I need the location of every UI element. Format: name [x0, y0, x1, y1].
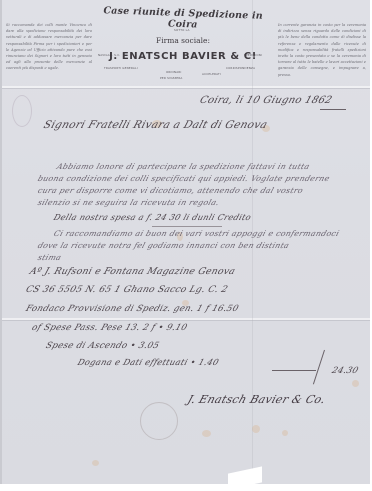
dateline: Coira, li 10 Giugno 1862 — [198, 95, 333, 106]
signature: J. Enatsch Bavier & Co. — [186, 393, 327, 406]
paper-fold-line — [2, 86, 370, 88]
item-line-6: Dogana e Dati effettuati • 1.40 — [76, 357, 220, 367]
total-bracket — [313, 350, 325, 385]
left-printed-note: Si raccomanda dei colli monte Vincenzo d… — [6, 22, 92, 72]
letter-sheet: Si raccomanda dei colli monte Vincenzo d… — [0, 0, 370, 484]
body-line-3: cura per disporre come vi dicotiamo, att… — [37, 186, 305, 195]
foxing-spot — [202, 430, 211, 437]
item-line-4: of Spese Pass. Pese 13. 2 f • 9.10 — [30, 323, 188, 333]
faint-stamp — [12, 95, 32, 127]
foxing-spot — [252, 425, 260, 433]
right-printed-note: In corrente garanzia in costo per la cer… — [278, 22, 366, 78]
letterhead-small-top: SOTTO LA — [174, 28, 190, 32]
total-amount: 24.30 — [330, 366, 359, 376]
foxing-spot — [352, 380, 359, 387]
torn-paper-edge — [228, 466, 262, 484]
body-line-1: Abbiamo lonore di partecipare la spedizi… — [56, 162, 311, 171]
item-line-1: Aº J. Rufsoni e Fontana Magazine Genova — [28, 266, 237, 277]
body-line-7: dove la ricevute notra fel godiamo innan… — [37, 241, 291, 250]
foxing-spot — [282, 430, 288, 436]
letterhead-bottom-small-right: ACCELERATI — [202, 72, 221, 76]
body-line-8: stima — [37, 253, 63, 262]
date-underline — [320, 109, 346, 110]
item-line-5: Spese di Ascendo • 3.05 — [44, 341, 160, 351]
body-line-4: silenzio si ne seguira la ricevuta in re… — [37, 198, 221, 207]
salutation: Signori Fratelli Rivara a Dalt di Genova — [42, 119, 269, 131]
body-line-6: Ci raccomandiamo ai buon dei vari vostri… — [53, 229, 341, 238]
letterhead-right-small-2: CORRISPONDENZA — [226, 66, 255, 70]
letterhead-firm-label: Firma sociale: — [94, 36, 272, 45]
letterhead-firm-name: J. ENATSCH BAVIER & C! — [94, 51, 272, 62]
body-line-2: buona condizione dei colli specificati q… — [37, 174, 331, 183]
paper-fold-line — [2, 318, 370, 320]
sum-underline — [272, 370, 316, 371]
postmark-stamp — [140, 402, 178, 440]
foxing-spot — [92, 460, 99, 466]
item-line-2: CS 36 5505 N. 65 1 Ghano Sacco Lg. C. 2 — [24, 285, 229, 295]
letterhead-left-small-2: TRASPORTI GENERALI — [104, 66, 138, 70]
letterhead-bottom-small: PER SVIZZERA — [160, 76, 183, 80]
amount-underline — [152, 226, 222, 227]
item-line-3: Fondaco Provvisione di Spediz. gen. 1 f … — [24, 304, 239, 314]
body-line-5: Della nostra spesa a f. 24 30 li dunli C… — [52, 212, 252, 222]
letterhead: Case riunite di Spedizione in Coira SOTT… — [94, 6, 272, 76]
letterhead-center-small-2: ORDINARI — [166, 70, 182, 74]
